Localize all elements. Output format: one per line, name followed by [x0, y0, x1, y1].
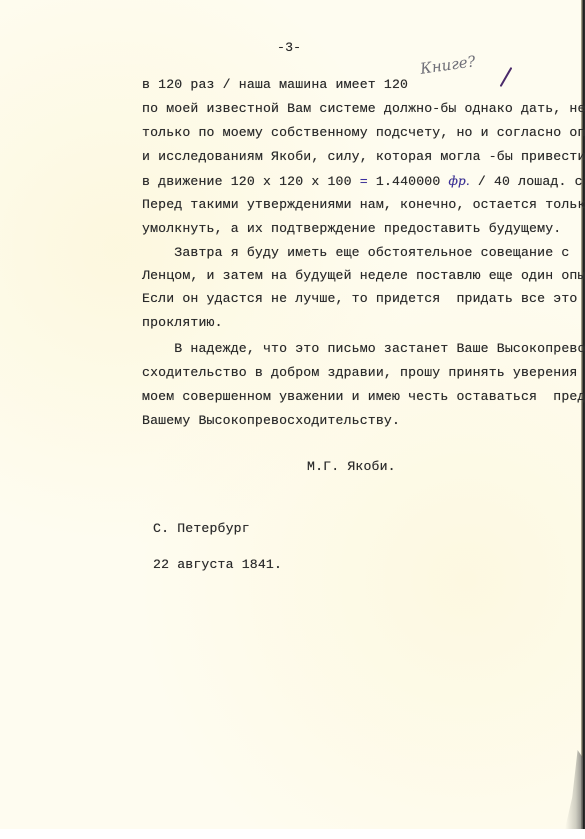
calc-suffix: / 40 лошад. сил /" [470, 174, 585, 189]
text-line: проклятию. [142, 315, 223, 331]
text-line: сходительство в добром здравии, прошу пр… [142, 365, 585, 381]
calc-value: 1.440000 [368, 174, 449, 189]
text-line: В надежде, что это письмо застанет Ваше … [142, 341, 585, 357]
text-line: Ленцом, и затем на будущей неделе постав… [142, 268, 585, 284]
handwritten-unit: фр. [448, 174, 469, 188]
date: 22 августа 1841. [153, 557, 282, 573]
text-line: моем совершенном уважении и имею честь о… [142, 389, 585, 405]
text-line: Вашему Высокопревосходительству. [142, 413, 400, 429]
place: С. Петербург [153, 521, 250, 537]
text-line: и исследованиям Якоби, силу, которая мог… [142, 149, 585, 165]
signature: М.Г. Якоби. [307, 459, 396, 475]
calc-prefix: в движение 120 х 120 х 100 [142, 174, 360, 189]
text-line: в 120 раз / наша машина имеет 120 [142, 77, 408, 93]
text-line: Перед такими утверждениями нам, конечно,… [142, 197, 585, 213]
text-line: только по моему собственному подсчету, н… [142, 125, 585, 141]
handwritten-equals: = [360, 174, 368, 189]
text-line: Завтра я буду иметь еще обстоятельное со… [142, 245, 569, 261]
text-line: умолкнуть, а их подтверждение предостави… [142, 221, 561, 237]
calculation-line: в движение 120 х 120 х 100 = 1.440000 фр… [142, 173, 585, 190]
text-line: по моей известной Вам системе должно-бы … [142, 101, 585, 117]
text-line: Если он удастся не лучше, то придется пр… [142, 291, 577, 307]
page-number: -3- [277, 40, 301, 56]
